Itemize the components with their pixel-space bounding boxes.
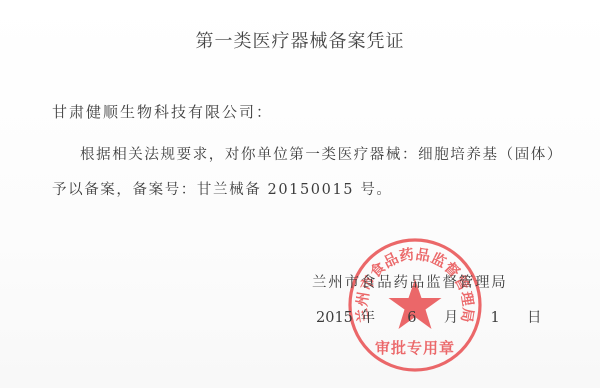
date-month-unit: 月 (444, 306, 486, 327)
issue-date: 2015 年 6 月 1 日 (316, 306, 542, 327)
body-paragraph-line-2: 予以备案，备案号：甘兰械备 20150015 号。 (52, 178, 393, 199)
date-month: 6 (407, 310, 439, 326)
date-year: 2015 (316, 310, 356, 326)
addressee: 甘肃健顺生物科技有限公司： (52, 101, 273, 122)
official-seal: 兰州市食品药品监督管理局 审批专用章 (345, 235, 485, 375)
certificate-page: 第一类医疗器械备案凭证 甘肃健顺生物科技有限公司： 根据相关法规要求，对你单位第… (0, 0, 600, 388)
body-paragraph-line-1: 根据相关法规要求，对你单位第一类医疗器械：细胞培养基（固体） (80, 143, 563, 164)
document-title: 第一类医疗器械备案凭证 (0, 27, 600, 53)
seal-bottom-text: 审批专用章 (375, 339, 455, 357)
date-day: 1 (490, 310, 522, 326)
issuing-authority: 兰州市食品药品监督管理局 (312, 271, 508, 292)
date-day-unit: 日 (527, 306, 542, 327)
date-year-unit: 年 (361, 306, 403, 327)
